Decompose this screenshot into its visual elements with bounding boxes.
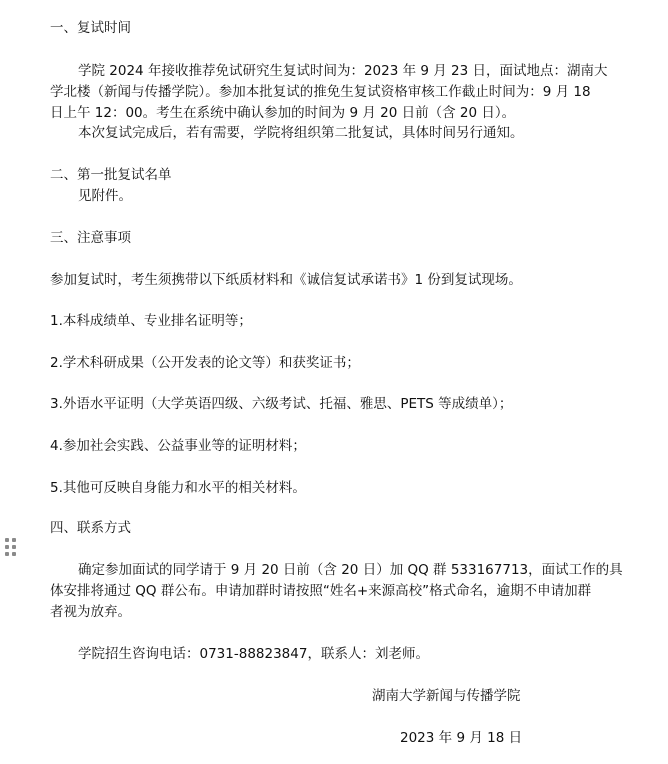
drag-dot	[5, 552, 9, 556]
signature-date: 2023 年 9 月 18 日	[400, 728, 522, 748]
section-1-heading: 一、复试时间	[50, 18, 131, 38]
section-2-body: 见附件。	[78, 186, 132, 206]
drag-dot	[12, 545, 16, 549]
signature-org: 湖南大学新闻与传播学院	[372, 686, 521, 706]
drag-dot	[5, 545, 9, 549]
section-1-paragraph-2: 本次复试完成后，若有需要，学院将组织第二批复试，具体时间另行通知。	[78, 123, 524, 143]
list-item: 3.外语水平证明（大学英语四级、六级考试、托福、雅思、PETS 等成绩单）；	[50, 394, 512, 414]
list-item: 5.其他可反映自身能力和水平的相关材料。	[50, 478, 306, 498]
section-4-paragraph-1-line-2: 体安排将通过 QQ 群公布。申请加群时请按照“姓名+来源高校”格式命名，逾期不申…	[50, 581, 591, 601]
drag-dot	[5, 538, 9, 542]
section-1-paragraph-1-line-2: 学北楼（新闻与传播学院）。参加本批复试的推免生复试资格审核工作截止时间为：9 月…	[50, 82, 591, 102]
section-4-paragraph-2: 学院招生咨询电话：0731-88823847，联系人：刘老师。	[78, 644, 429, 664]
drag-dot	[12, 538, 16, 542]
drag-dot	[12, 552, 16, 556]
list-item: 2.学术科研成果（公开发表的论文等）和获奖证书；	[50, 353, 360, 373]
section-3-intro: 参加复试时，考生须携带以下纸质材料和《诚信复试承诺书》1 份到复试现场。	[50, 270, 522, 290]
section-2-heading: 二、第一批复试名单	[50, 165, 172, 185]
list-item: 1.本科成绩单、专业排名证明等；	[50, 311, 252, 331]
section-1-paragraph-1-line-3: 日上午 12：00。考生在系统中确认参加的时间为 9 月 20 日前（含 20 …	[50, 103, 515, 123]
section-4-heading: 四、联系方式	[50, 518, 131, 538]
section-4-paragraph-1-line-3: 者视为放弃。	[50, 602, 131, 622]
section-3-heading: 三、注意事项	[50, 228, 131, 248]
section-1-paragraph-1-line-1: 学院 2024 年接收推荐免试研究生复试时间为：2023 年 9 月 23 日，…	[78, 61, 608, 81]
list-item: 4.参加社会实践、公益事业等的证明材料；	[50, 436, 306, 456]
section-4-paragraph-1-line-1: 确定参加面试的同学请于 9 月 20 日前（含 20 日）加 QQ 群 5331…	[78, 560, 623, 580]
drag-handle-icon[interactable]	[5, 538, 17, 560]
